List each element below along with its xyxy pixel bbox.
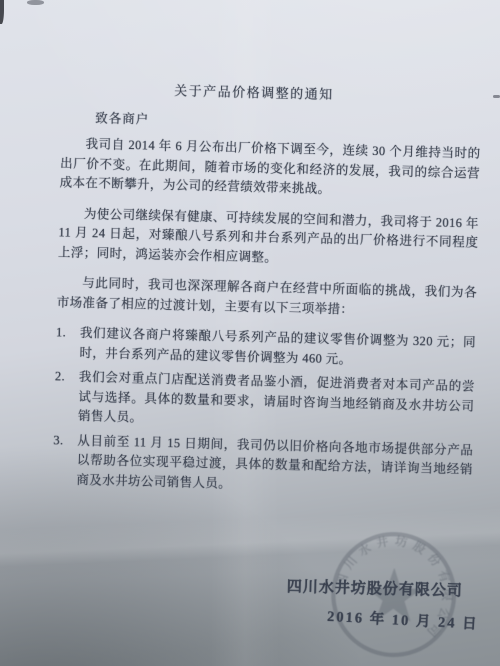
paragraph-transition-plan: 与此同时，我司也深深理解各商户在经营中所面临的挑战，我们为各市场准备了相应的过渡… [56,273,477,322]
list-item: 3. 从目前至 11 月 15 日期间，我司仍以旧价格向各地市场提供部分产品以帮… [52,431,473,500]
salutation-line: 致各商户 [95,108,149,127]
list-item-number: 3. [52,431,77,490]
signature-company: 四川水井坊股份有限公司 [287,575,463,600]
list-item-text: 我们建议各商户将臻酿八号系列产品的建议零售价调整为 320 元；同时，井台系列产… [79,324,476,373]
list-item-text: 我们会对重点门店配送消费者品鉴小酒，促进消费者对本司产品的尝试与选择。具体的数量… [78,368,475,436]
paragraph-intro: 我司自 2014 年 6 月公布出厂价格下调至今，连续 30 个月维持当时的出厂… [59,134,480,203]
list-item-number: 1. [55,323,80,363]
document-body: 我司自 2014 年 6 月公布出厂价格下调至今，连续 30 个月维持当时的出厂… [52,134,481,504]
photo-background: 关于产品价格调整的通知 致各商户 我司自 2014 年 6 月公布出厂价格下调至… [0,0,500,666]
measure-list: 1. 我们建议各商户将臻酿八号系列产品的建议零售价调整为 320 元；同时，井台… [52,323,476,499]
list-item: 2. 我们会对重点门店配送消费者品鉴小酒，促进消费者对本司产品的尝试与选择。具体… [54,367,475,436]
document-title: 关于产品价格调整的通知 [4,76,500,107]
list-item-number: 2. [54,367,79,426]
list-item: 1. 我们建议各商户将臻酿八号系列产品的建议零售价调整为 320 元；同时，井台… [55,323,476,372]
photo-corner-artifact [0,0,4,24]
document-page: 关于产品价格调整的通知 致各商户 我司自 2014 年 6 月公布出厂价格下调至… [0,0,500,666]
list-item-text: 从目前至 11 月 15 日期间，我司仍以旧价格向各地市场提供部分产品以帮助各位… [76,431,473,499]
paragraph-price-increase: 为使公司继续保有健康、可持续发展的空间和潜力，我司将于 2016 年 11 月 … [58,204,479,273]
